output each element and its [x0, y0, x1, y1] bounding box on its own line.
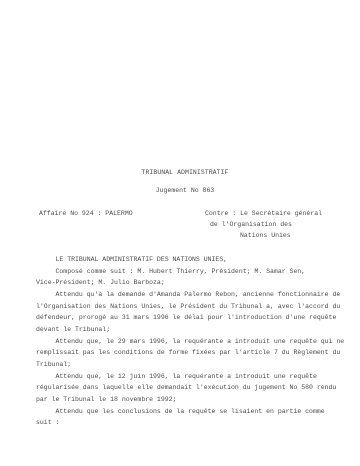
body-line: devant le Tribunal; [36, 324, 354, 336]
document-title: TRIBUNAL ADMINISTRATIF [0, 167, 360, 178]
judgment-body: LE TRIBUNAL ADMINISTRATIF DES NATIONS UN… [36, 254, 354, 429]
respondent-block: Contre : Le Secrétaire général de l'Orga… [205, 208, 322, 241]
body-line: défendeur, prorogé au 31 mars 1996 le dé… [36, 312, 354, 324]
body-line: Tribunal; [36, 359, 354, 371]
judgment-number: Jugement No 863 [0, 185, 360, 196]
body-line: Attendu qu'à la demande d'Amanda Palermo… [36, 289, 354, 301]
respondent-line-2: de l'Organisation des [205, 219, 322, 230]
respondent-line-3: Nations Unies [205, 230, 322, 241]
body-line: Attendu que les conclusions de la requêt… [36, 406, 354, 418]
body-line: par le Tribunal le 18 novembre 1992; [36, 394, 354, 406]
body-line: suit : [36, 417, 354, 429]
body-line: Attendu que, le 29 mars 1996, la requéra… [36, 336, 354, 348]
body-line: remplissait pas les conditions de forme … [36, 347, 354, 359]
scanned-document-page: TRIBUNAL ADMINISTRATIF Jugement No 863 A… [0, 0, 360, 466]
body-line: Composé comme suit : M. Hubert Thierry, … [36, 266, 354, 278]
body-line: l'Organisation des Nations Unies, le Pré… [36, 301, 354, 313]
body-line: LE TRIBUNAL ADMINISTRATIF DES NATIONS UN… [36, 254, 354, 266]
respondent-line-1: Contre : Le Secrétaire général [205, 208, 322, 219]
body-line: Vice-Président; M. Julio Barboza; [36, 277, 354, 289]
case-number: Affaire No 924 : PALERMO [39, 208, 133, 219]
body-line: régularisée dans laquelle elle demandait… [36, 382, 354, 394]
body-line: Attendu que, le 12 juin 1996, la requéra… [36, 371, 354, 383]
